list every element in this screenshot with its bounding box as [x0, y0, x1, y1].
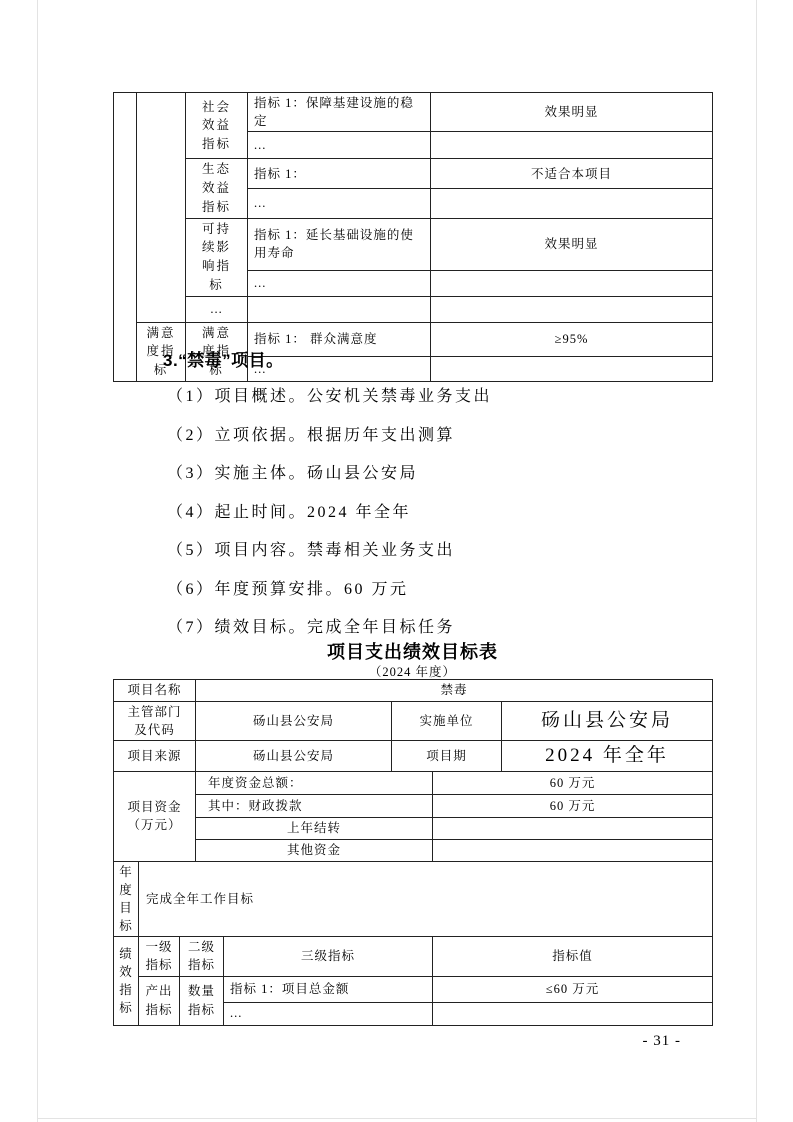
table-row: 生态 效益 指标 指标 1： 不适合本项目	[114, 159, 713, 189]
indicator-cell: 指标 1：	[248, 159, 431, 189]
funds-row-value	[433, 817, 713, 839]
funds-row-value: 60 万元	[433, 794, 713, 817]
table-row: 项目来源 砀山县公安局 项目期 2024 年全年	[114, 741, 713, 772]
table-row: ...	[114, 296, 713, 322]
target-table-title: 项目支出绩效目标表	[113, 638, 712, 664]
expenditure-performance-target-table: 项目名称 禁毒 主管部门 及代码 砀山县公安局 实施单位 砀山县公安局 项目来源…	[113, 679, 713, 1026]
annual-goal-value: 完成全年工作目标	[139, 861, 713, 937]
list-item: （4）起止时间。2024 年全年	[167, 502, 492, 524]
indicator-cell: 指标 1：保障基建设施的稳定	[248, 93, 431, 132]
level3-header: 三级指标	[224, 937, 433, 976]
implement-unit-value: 砀山县公安局	[502, 702, 713, 741]
table-row: 绩 效 指 标 一级 指标 二级 指标 三级指标 指标值	[114, 937, 713, 976]
level1-header: 一级 指标	[139, 937, 180, 976]
indicator-cell: 指标 1：项目总金额	[224, 976, 433, 1002]
implement-unit-label: 实施单位	[392, 702, 502, 741]
funds-row-label: 其中：财政拨款	[196, 794, 433, 817]
page-edge-bottom	[37, 1118, 757, 1119]
list-item: （6）年度预算安排。60 万元	[167, 579, 492, 601]
funds-row-value: 60 万元	[433, 771, 713, 794]
project-period-value: 2024 年全年	[502, 741, 713, 772]
level2-quantity-label: 数量 指标	[180, 976, 224, 1025]
annual-goal-label: 年 度 目 标	[114, 861, 139, 937]
group-label-ellipsis: ...	[186, 296, 248, 322]
funds-label: 项目资金 （万元）	[114, 771, 196, 861]
project-source-value: 砀山县公安局	[196, 741, 392, 772]
table-row: 年 度 目 标 完成全年工作目标	[114, 861, 713, 937]
table-row: 社会 效益 指标 指标 1：保障基建设施的稳定 效果明显	[114, 93, 713, 132]
table-row: 项目名称 禁毒	[114, 680, 713, 702]
funds-row-label: 其他资金	[196, 839, 433, 861]
value-cell	[431, 189, 713, 218]
indicator-cell	[248, 296, 431, 322]
indicators-table: 社会 效益 指标 指标 1：保障基建设施的稳定 效果明显 ... 生态 效益 指…	[113, 92, 713, 382]
department-value: 砀山县公安局	[196, 702, 392, 741]
indicator-cell: ...	[248, 189, 431, 218]
list-item: （2）立项依据。根据历年支出测算	[167, 425, 492, 447]
funds-row-label: 年度资金总额：	[196, 771, 433, 794]
value-cell: 效果明显	[431, 218, 713, 271]
value-header: 指标值	[433, 937, 713, 976]
level2-header: 二级 指标	[180, 937, 224, 976]
funds-row-value	[433, 839, 713, 861]
group-label-eco-benefit: 生态 效益 指标	[186, 159, 248, 218]
level1-output-label: 产出 指标	[139, 976, 180, 1025]
value-cell	[431, 132, 713, 159]
target-table-subtitle: （2024 年度）	[113, 662, 712, 680]
value-cell: 不适合本项目	[431, 159, 713, 189]
section-heading: 3.“禁毒”项目。	[163, 346, 284, 371]
value-cell: 效果明显	[431, 93, 713, 132]
page-edge-left	[37, 0, 38, 1122]
funds-row-label: 上年结转	[196, 817, 433, 839]
project-period-label: 项目期	[392, 741, 502, 772]
list-item: （5）项目内容。禁毒相关业务支出	[167, 540, 492, 562]
indicator-cell: ...	[224, 1002, 433, 1025]
table-row: 可持 续影 响指 标 指标 1：延长基础设施的使用寿命 效果明显	[114, 218, 713, 271]
page-number: - 31 -	[643, 1033, 682, 1050]
performance-indicators-table-continued: 社会 效益 指标 指标 1：保障基建设施的稳定 效果明显 ... 生态 效益 指…	[113, 92, 713, 382]
indicator-cell: 指标 1：延长基础设施的使用寿命	[248, 218, 431, 271]
table-row: 主管部门 及代码 砀山县公安局 实施单位 砀山县公安局	[114, 702, 713, 741]
table-row: 产出 指标 数量 指标 指标 1：项目总金额 ≤60 万元	[114, 976, 713, 1002]
value-cell: ≥95%	[431, 322, 713, 356]
group-label-sustainability: 可持 续影 响指 标	[186, 218, 248, 296]
page-edge-right	[756, 0, 757, 1122]
group-label-social-benefit: 社会 效益 指标	[186, 93, 248, 159]
value-cell	[431, 271, 713, 296]
project-name-value: 禁毒	[196, 680, 713, 702]
department-label: 主管部门 及代码	[114, 702, 196, 741]
table-row: 其中：财政拨款 60 万元	[114, 794, 713, 817]
indicator-cell: ...	[248, 132, 431, 159]
indicator-cell: ...	[248, 271, 431, 296]
value-cell: ≤60 万元	[433, 976, 713, 1002]
list-item: （3）实施主体。砀山县公安局	[167, 463, 492, 485]
project-source-label: 项目来源	[114, 741, 196, 772]
value-cell	[433, 1002, 713, 1025]
list-item: （1）项目概述。公安机关禁毒业务支出	[167, 386, 492, 408]
spanned-empty-cell	[114, 93, 137, 382]
table-row: 其他资金	[114, 839, 713, 861]
performance-label: 绩 效 指 标	[114, 937, 139, 1025]
project-name-label: 项目名称	[114, 680, 196, 702]
list-item: （7）绩效目标。完成全年目标任务	[167, 617, 492, 639]
spanned-empty-cell	[137, 93, 186, 323]
target-table-grid: 项目名称 禁毒 主管部门 及代码 砀山县公安局 实施单位 砀山县公安局 项目来源…	[113, 679, 713, 1026]
project-item-list: （1）项目概述。公安机关禁毒业务支出 （2）立项依据。根据历年支出测算 （3）实…	[167, 386, 492, 656]
table-row: 项目资金 （万元） 年度资金总额： 60 万元	[114, 771, 713, 794]
value-cell	[431, 356, 713, 381]
value-cell	[431, 296, 713, 322]
table-row: 上年结转	[114, 817, 713, 839]
